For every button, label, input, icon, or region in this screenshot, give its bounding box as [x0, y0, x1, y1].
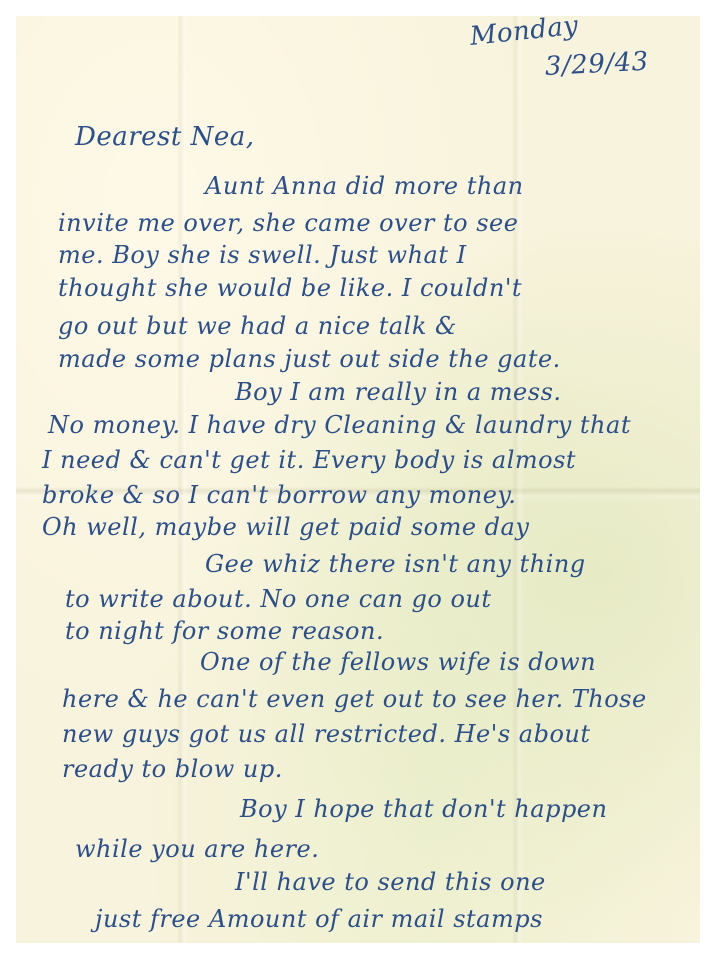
letter-line: invite me over, she came over to see	[58, 209, 518, 237]
letter-line: new guys got us all restricted. He's abo…	[62, 720, 591, 748]
letter-line: No money. I have dry Cleaning & laundry …	[48, 411, 631, 439]
letter-line: me. Boy she is swell. Just what I	[58, 241, 467, 269]
letter-line: Oh well, maybe will get paid some day	[42, 513, 529, 541]
letter-line: here & he can't even get out to see her.…	[62, 685, 647, 713]
letter-line: thought she would be like. I couldn't	[58, 274, 522, 302]
letter-line: to write about. No one can go out	[65, 585, 492, 613]
letter-line: Gee whiz there isn't any thing	[205, 550, 586, 578]
letter-line: made some plans just out side the gate.	[58, 345, 561, 373]
letter-line: broke & so I can't borrow any money.	[42, 481, 516, 509]
letter-date: 3/29/43	[544, 47, 649, 82]
letter-line: to night for some reason.	[65, 617, 384, 645]
letter-line: while you are here.	[75, 835, 319, 863]
letter-line: I need & can't get it. Every body is alm…	[42, 446, 576, 474]
letter-line: Aunt Anna did more than	[205, 172, 524, 200]
letter-line: just free Amount of air mail stamps	[95, 905, 543, 933]
letter-line: Boy I hope that don't happen	[240, 795, 607, 823]
letter-salutation: Dearest Nea,	[75, 122, 255, 152]
letter-line: Boy I am really in a mess.	[235, 378, 562, 406]
letter-line: I'll have to send this one	[235, 868, 546, 896]
letter-line: One of the fellows wife is down	[200, 648, 596, 676]
letter-line: ready to blow up.	[62, 755, 283, 783]
letter-line: go out but we had a nice talk &	[58, 312, 457, 340]
